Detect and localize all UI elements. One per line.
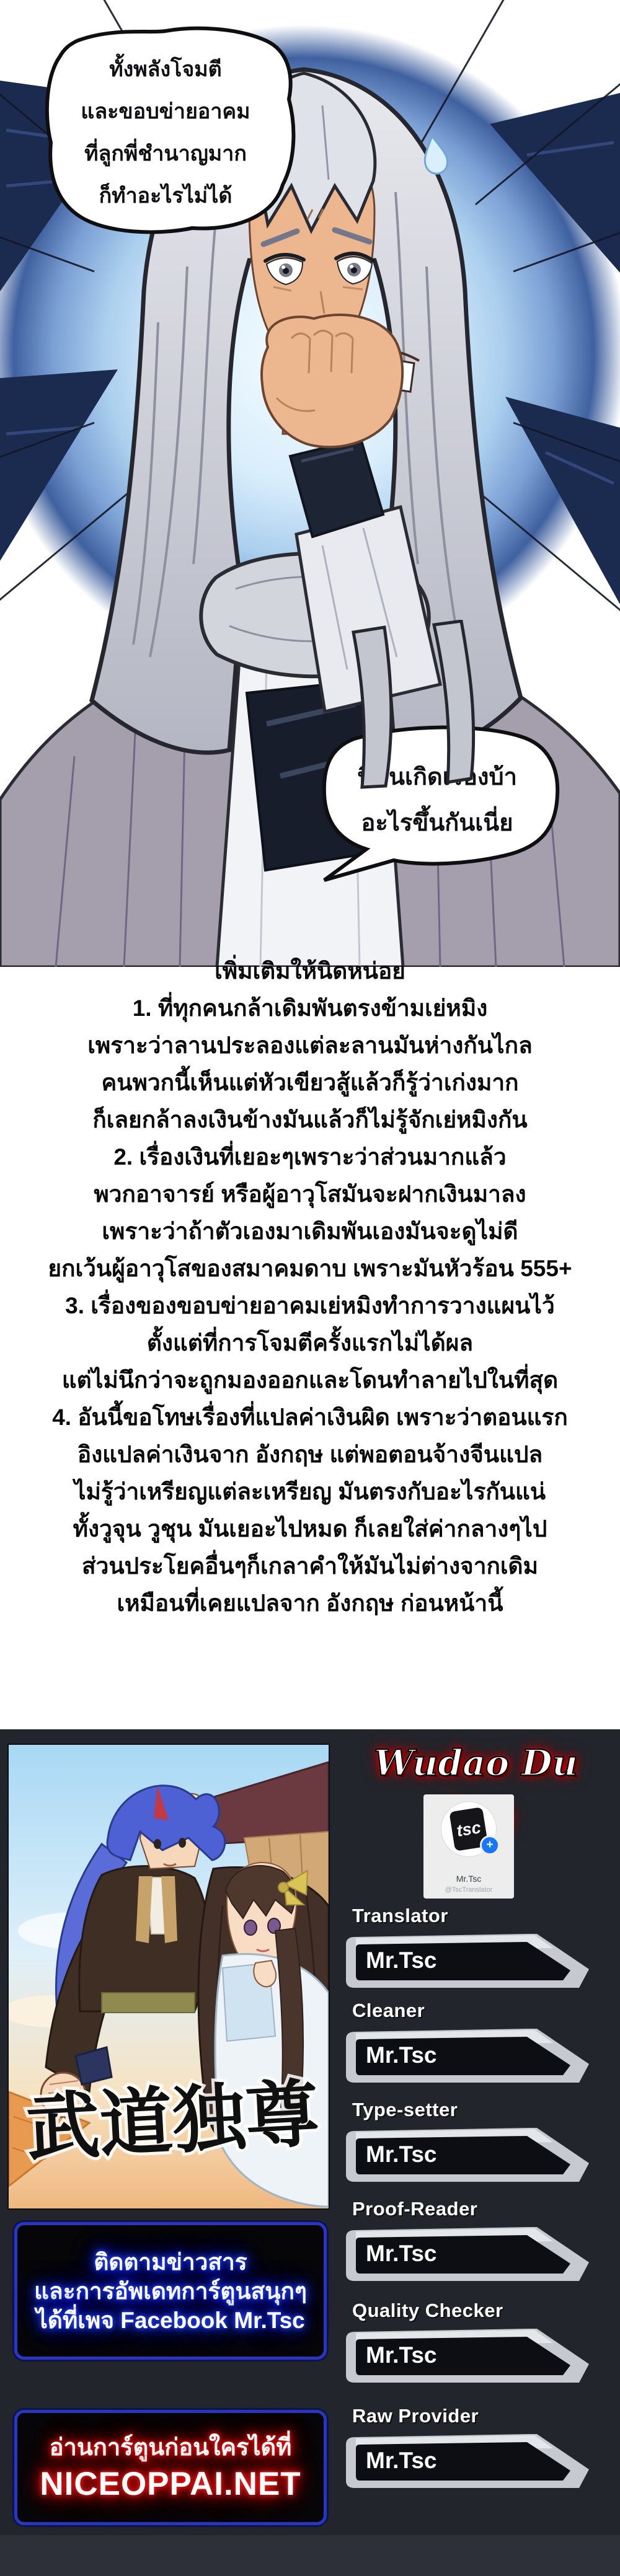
credit-role-proofreader: Proof-Reader Mr.Tsc: [342, 2198, 596, 2282]
tsc-logo: tsc +: [441, 1802, 496, 1856]
profile-name: Mr.Tsc: [423, 1874, 514, 1884]
credit-badge: Mr.Tsc: [342, 2225, 591, 2282]
credit-role-quality-checker: Quality Checker Mr.Tsc: [342, 2300, 596, 2384]
note-line: พวกอาจารย์ หรือผู้อาวุโสมันจะฝากเงินมาลง: [0, 1176, 620, 1213]
manga-panel: ทั้งพลังโจมตี และขอบข่ายอาคม ที่ลูกพี่ชำ…: [0, 0, 620, 967]
note-line: ไม่รู้ว่าเหรียญแต่ละเหรียญ มันตรงกับอะไร…: [0, 1473, 620, 1511]
note-line: ยกเว้นผู้อาวุโสของสมาคมดาบ เพราะมันหัวร้…: [0, 1250, 620, 1287]
note-line: 1. ที่ทุกคนกล้าเดิมพันตรงข้ามเย่หมิง: [0, 990, 620, 1027]
facebook-notice-box: ติดตามข่าวสาร และการอัพเดทการ์ตูนสนุกๆ ไ…: [14, 2222, 327, 2360]
note-line: เหมือนที่เคยแปลจาก อังกฤษ ก่อนหน้านี้: [0, 1585, 620, 1622]
bubble-line: และขอบข่ายอาคม: [81, 90, 250, 133]
speech-bubble-1: ทั้งพลังโจมตี และขอบข่ายอาคม ที่ลูกพี่ชำ…: [32, 15, 299, 245]
credit-role-translator: Translator Mr.Tsc: [342, 1905, 596, 1989]
note-line: 2. เรื่องเงินที่เยอะๆเพราะว่าส่วนมากแล้ว: [0, 1139, 620, 1176]
translator-profile-card: tsc + Mr.Tsc @TscTranslator: [423, 1794, 514, 1899]
note-line: แต่ไม่นึกว่าจะถูกมองออกและโดนทำลายไปในที…: [0, 1362, 620, 1399]
credit-badge: Mr.Tsc: [342, 2126, 591, 2183]
credit-role-raw-provider: Raw Provider Mr.Tsc: [342, 2405, 596, 2489]
badge-name: Mr.Tsc: [366, 2342, 436, 2368]
plus-icon: +: [480, 1835, 500, 1855]
facebook-notice-line: ติดตามข่าวสาร: [94, 2247, 247, 2277]
credits-panel: 武道独尊 武道独尊 Wudao Du Zun tsc + Mr.Tsc @Tsc…: [0, 1729, 620, 2576]
credit-badge: Mr.Tsc: [342, 2327, 591, 2384]
bubble-line: อะไรขึ้นกันเนี่ย: [361, 800, 513, 846]
cover-art: 武道独尊 武道独尊: [7, 1744, 330, 2210]
note-line: 3. เรื่องของขอบข่ายอาคมเย่หมิงทำการวางแผ…: [0, 1287, 620, 1325]
credit-badge: Mr.Tsc: [342, 2432, 591, 2489]
badge-name: Mr.Tsc: [366, 2042, 436, 2068]
facebook-notice-line: ได้ที่เพจ Facebook Mr.Tsc: [36, 2306, 305, 2335]
bubble-line: ก็ทำอะไรไม่ได้: [99, 175, 232, 217]
note-line: 4. อันนี้ขอโทษเรื่องที่แปลค่าเงินผิด เพร…: [0, 1399, 620, 1436]
note-line: เพิ่มเติมให้นิดหน่อย: [0, 953, 620, 990]
credit-badge: Mr.Tsc: [342, 1932, 591, 1989]
credit-role-cleaner: Cleaner Mr.Tsc: [342, 2000, 596, 2084]
badge-name: Mr.Tsc: [366, 2142, 436, 2168]
bubble-line: ที่ลูกพี่ชำนาญมาก: [84, 133, 247, 175]
tsc-logo-text: tsc: [455, 1818, 482, 1840]
note-line: เพราะว่าลานประลองแต่ละลานมันห่างกันไกล: [0, 1027, 620, 1064]
note-line: ทั้งวูจุน วูชุน มันเยอะไปหมด ก็เลยใส่ค่า…: [0, 1511, 620, 1548]
svg-text:武道独尊: 武道独尊: [24, 2070, 321, 2171]
note-line: คนพวกนี้เห็นแต่หัวเขียวสู้แล้วก็รู้ว่าเก…: [0, 1064, 620, 1101]
profile-handle: @TscTranslator: [423, 1886, 514, 1894]
niceoppai-site-name: NICEOPPAI.NET: [40, 2464, 301, 2504]
note-line: ส่วนประโยคอื่นๆก็เกลาคำให้มันไม่ต่างจากเ…: [0, 1548, 620, 1585]
role-label: Type-setter: [352, 2099, 596, 2121]
role-label: Raw Provider: [352, 2405, 596, 2427]
credit-badge: Mr.Tsc: [342, 2027, 591, 2084]
cover-illustration: 武道独尊 武道独尊: [9, 1745, 329, 2208]
note-line: ตั้งแต่ที่การโจมตีครั้งแรกไม่ได้ผล: [0, 1325, 620, 1362]
cover-calligraphy: 武道独尊 武道独尊: [24, 2070, 321, 2171]
translator-note: เพิ่มเติมให้นิดหน่อย 1. ที่ทุกคนกล้าเดิม…: [0, 953, 620, 1622]
bubble-line: ทั้งพลังโจมตี: [109, 48, 222, 90]
facebook-notice-line: และการอัพเดทการ์ตูนสนุกๆ: [34, 2277, 307, 2306]
niceoppai-line: อ่านการ์ตูนก่อนใครได้ที่: [50, 2431, 292, 2464]
manga-page: ทั้งพลังโจมตี และขอบข่ายอาคม ที่ลูกพี่ชำ…: [0, 0, 620, 2576]
series-title: Wudao Du Zun: [332, 1737, 620, 1790]
badge-name: Mr.Tsc: [366, 2448, 436, 2474]
hair-strand-overlay: [335, 620, 496, 800]
role-label: Translator: [352, 1905, 596, 1927]
role-label: Quality Checker: [352, 2300, 596, 2322]
note-line: เพราะว่าถ้าตัวเองมาเดิมพันเองมันจะดูไม่ด…: [0, 1213, 620, 1250]
badge-name: Mr.Tsc: [366, 1947, 436, 1974]
footer-strip: [0, 2535, 620, 2576]
role-label: Cleaner: [352, 2000, 596, 2022]
note-line: ก็เลยกล้าลงเงินข้างมันแล้วก็ไม่รู้จักเย่…: [0, 1101, 620, 1139]
role-label: Proof-Reader: [352, 2198, 596, 2220]
credit-role-typesetter: Type-setter Mr.Tsc: [342, 2099, 596, 2183]
badge-name: Mr.Tsc: [366, 2241, 436, 2267]
note-line: อิงแปลค่าเงินจาก อังกฤษ แต่พอตอนจ้างจีนแ…: [0, 1436, 620, 1473]
niceoppai-box: อ่านการ์ตูนก่อนใครได้ที่ NICEOPPAI.NET: [14, 2410, 327, 2525]
